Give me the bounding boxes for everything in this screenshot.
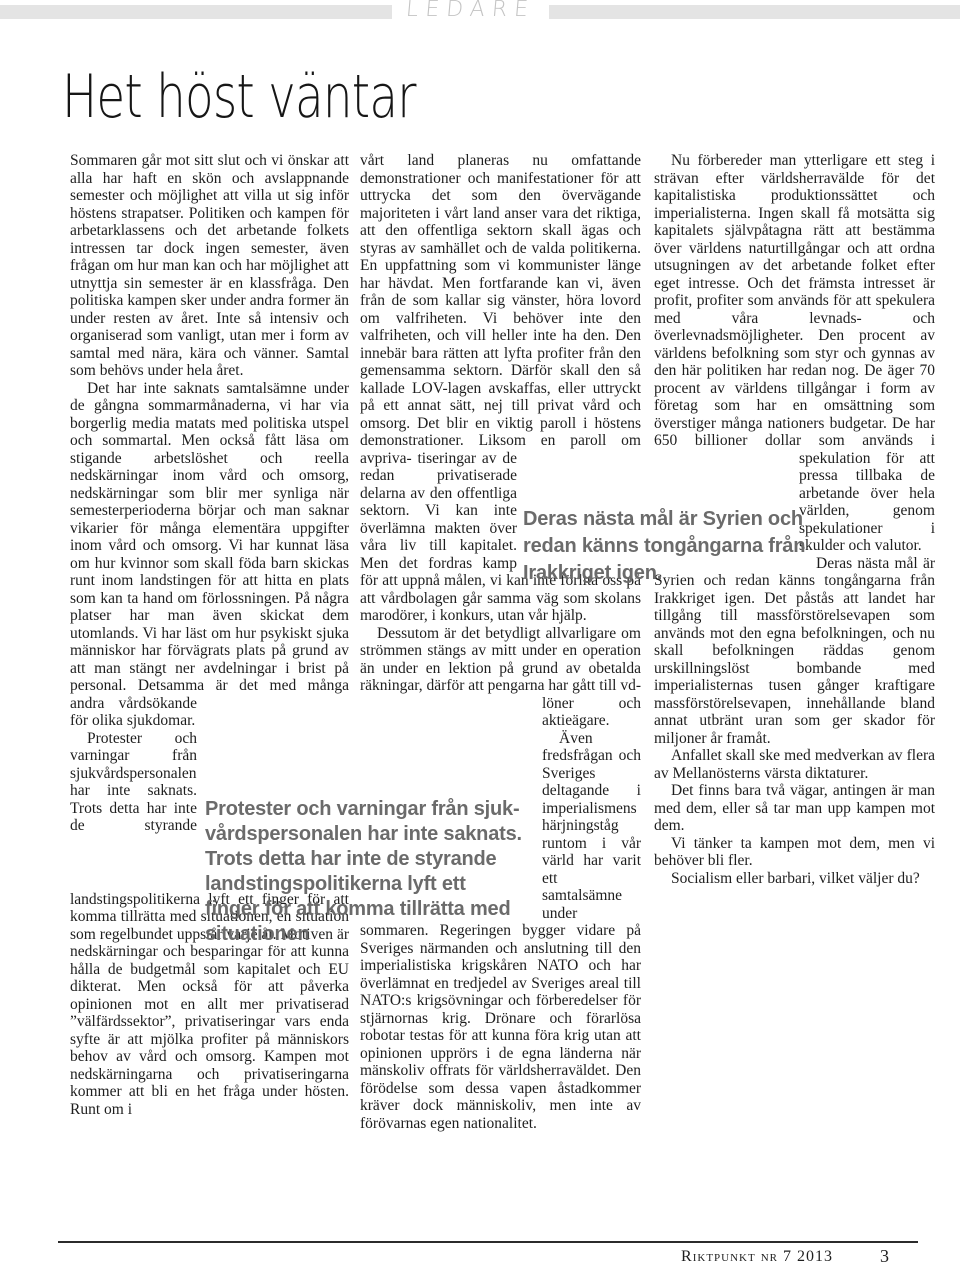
pull-quote-line: situationen bbox=[205, 922, 522, 947]
paragraph: Dessutom är det betydligt allvarligare o… bbox=[360, 625, 641, 730]
paragraph-text: vårt land planeras nu omfattande demonst… bbox=[360, 152, 641, 467]
paragraph: Vi tänker ta kampen mot dem, men vi behö… bbox=[654, 835, 935, 870]
paragraph: Nu förbereder man ytterligare ett steg i… bbox=[654, 152, 935, 555]
pull-quote-line: Irakkriget igen. bbox=[523, 560, 805, 587]
paragraph-text: Sommaren går mot sitt slut och vi önskar… bbox=[70, 152, 349, 379]
pull-quote-line: Protester och varningar från sjuk- bbox=[205, 797, 522, 822]
paragraph: Det finns bara två vägar, antingen är ma… bbox=[654, 782, 935, 835]
footer-rule bbox=[58, 1241, 918, 1243]
article-title: Het höst väntar bbox=[62, 62, 416, 132]
section-label: LEDARE bbox=[405, 0, 536, 22]
pull-quote-1: Protester och varningar från sjuk- vårds… bbox=[205, 797, 522, 947]
pull-quote-line: vårdspersonalen har inte saknats. bbox=[205, 822, 522, 847]
header-rule-left bbox=[0, 5, 392, 19]
pull-quote-line: redan känns tongångarna från bbox=[523, 533, 805, 560]
paragraph: Socialism eller barbari, vilket väljer d… bbox=[654, 870, 935, 888]
header-rule-right bbox=[549, 5, 960, 19]
column-1: Sommaren går mot sitt slut och vi önskar… bbox=[70, 152, 349, 1118]
paragraph-text: Det har inte saknats samtalsämne under d… bbox=[70, 380, 349, 695]
pull-quote-2: Deras nästa mål är Syrien och redan känn… bbox=[523, 506, 805, 587]
paragraph-text: Nu förbereder man ytterligare ett steg i… bbox=[654, 152, 935, 467]
magazine-page: LEDARE Het höst väntar Sommaren går mot … bbox=[0, 0, 960, 1267]
journal-name: Riktpunkt nr 7 2013 bbox=[0, 1248, 833, 1266]
paragraph-text: Det finns bara två vägar, antingen är ma… bbox=[654, 782, 935, 834]
column-2: vårt land planeras nu omfattande demonst… bbox=[360, 152, 641, 1132]
pull-quote-line: Deras nästa mål är Syrien och bbox=[523, 506, 805, 533]
pull-quote-line: finger för att komma tillrätta med bbox=[205, 897, 522, 922]
paragraph-text: Anfallet skall ske med medverkan av fler… bbox=[654, 747, 935, 782]
paragraph: Det har inte saknats samtalsämne under d… bbox=[70, 380, 349, 730]
paragraph-text: aktieägare. bbox=[542, 712, 610, 729]
paragraph-text: Socialism eller barbari, vilket väljer d… bbox=[671, 870, 920, 887]
paragraph: Anfallet skall ske med medverkan av fler… bbox=[654, 747, 935, 782]
page-number: 3 bbox=[880, 1246, 889, 1267]
pull-quote-line: Trots detta har inte de styrande bbox=[205, 847, 522, 872]
paragraph: Sommaren går mot sitt slut och vi önskar… bbox=[70, 152, 349, 380]
pull-quote-line: landstingspolitikerna lyft ett bbox=[205, 872, 522, 897]
paragraph-text: Vi tänker ta kampen mot dem, men vi behö… bbox=[654, 835, 935, 870]
